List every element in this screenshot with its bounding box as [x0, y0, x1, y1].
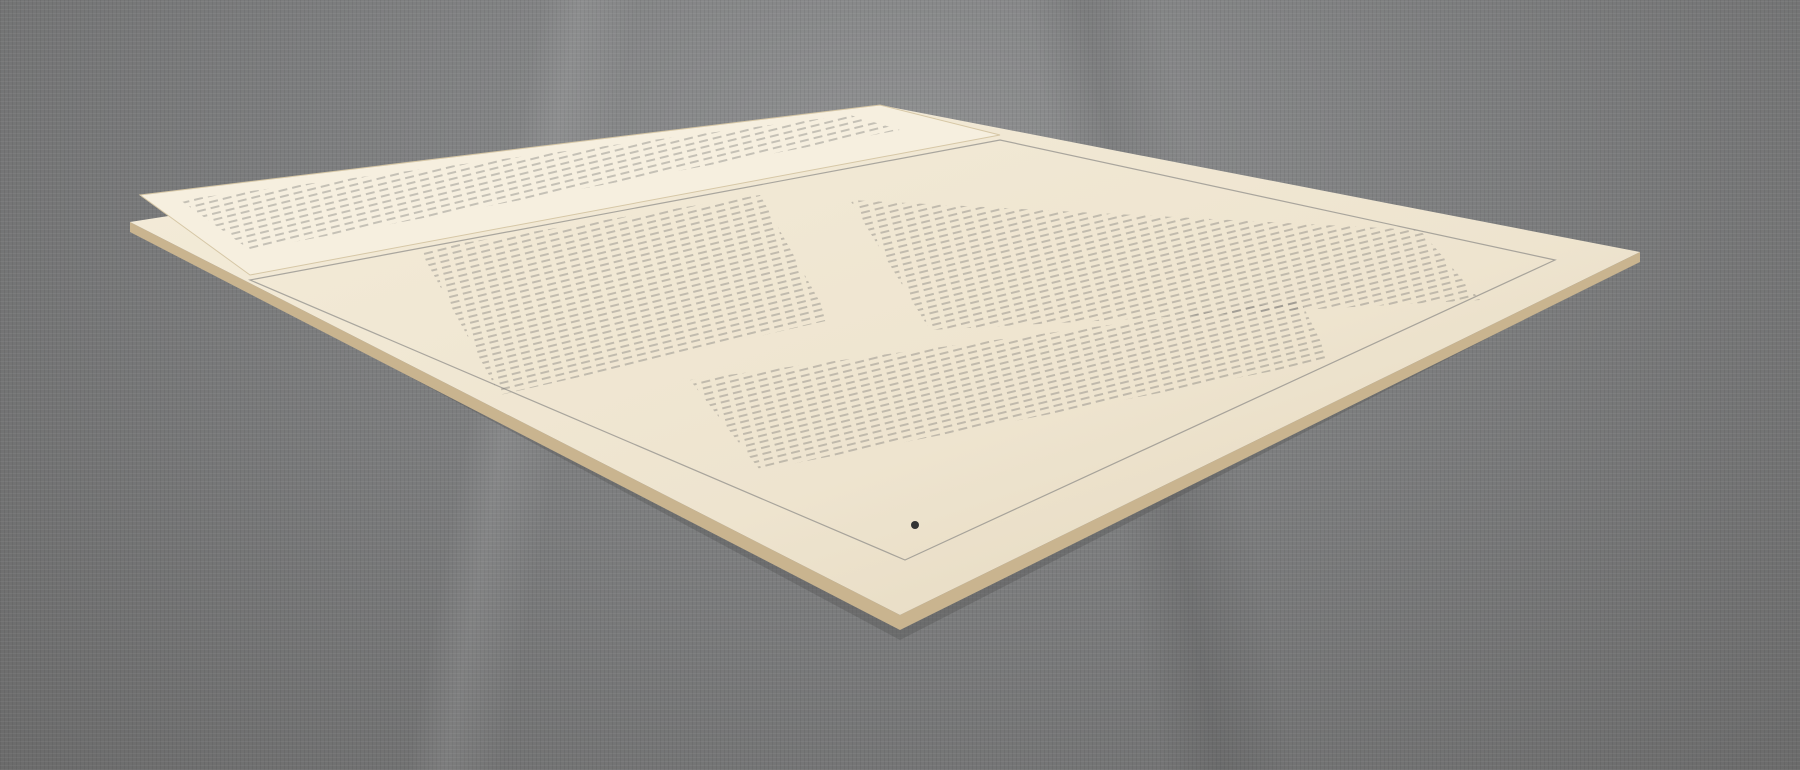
bullet-dot	[911, 521, 919, 529]
record-sleeve-illustration	[0, 0, 1800, 770]
